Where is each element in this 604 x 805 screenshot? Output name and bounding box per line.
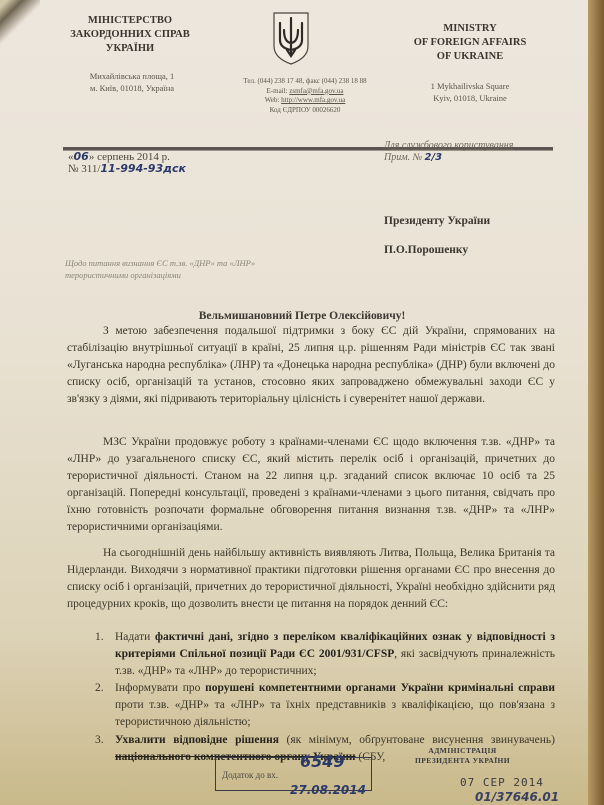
list-number: 1.	[95, 629, 104, 646]
address-ua: Михайлівська площа, 1 м. Київ, 01018, Ук…	[62, 70, 202, 94]
subject-line: Щодо питання визнання ЄС т.зв. «ДНР» та …	[65, 257, 305, 281]
ministry-en-line: OF FOREIGN AFFAIRS	[395, 36, 545, 50]
step-text: (як мінімум, обґрунтоване висунення звин…	[279, 734, 555, 746]
reg-prefix: № 311/	[68, 163, 100, 175]
step-text: проти т.зв. «ДНР» та «ЛНР» та їхніх пред…	[115, 699, 555, 728]
paragraph-1: З метою забезпечення подальшої підтримки…	[67, 323, 555, 408]
copy-number: Прим. № 2/3	[384, 152, 442, 163]
paragraph-3: На сьогоднішній день найбільшу активніст…	[67, 545, 555, 613]
restricted-marking: Для службового користування	[384, 140, 513, 151]
addressee-title: Президенту України	[384, 215, 490, 227]
list-item: 1. Надати фактичні дані, згідно з перелі…	[95, 629, 555, 680]
step-text: Інформувати про	[115, 682, 205, 694]
list-number: 3.	[95, 732, 104, 749]
ministry-ua-line: МІНІСТЕРСТВО	[55, 14, 205, 28]
coat-of-arms-icon	[271, 10, 311, 66]
ministry-ua-line: ЗАКОРДОННИХ СПРАВ	[55, 28, 205, 42]
attachment-date: 27.08.2014	[290, 783, 366, 797]
desk-background	[588, 0, 604, 805]
admin-received-stamp: АДМІНІСТРАЦІЯ ПРЕЗИДЕНТА УКРАЇНИ	[375, 746, 550, 766]
registration-number: № 311/11-994-93дск	[68, 162, 186, 175]
web-link[interactable]: http://www.mfa.gov.ua	[281, 96, 345, 104]
list-number: 2.	[95, 680, 104, 697]
paragraph-text: На сьогоднішній день найбільшу активніст…	[67, 545, 555, 613]
edrpou-code: Код ЄДРПОУ 00026620	[205, 106, 405, 116]
admin-stamp-line: АДМІНІСТРАЦІЯ	[375, 746, 550, 756]
ministry-name-en: MINISTRY OF FOREIGN AFFAIRS OF UKRAINE	[395, 22, 545, 64]
step-text-bold: порушені компетентними органами України …	[205, 682, 555, 694]
contact-block: Тел. (044) 238 17 48, факс (044) 238 18 …	[205, 77, 405, 115]
attachment-label: Додаток до вх.	[222, 770, 278, 780]
step-text: Надати	[115, 631, 155, 643]
reg-handwritten: 11-994-93дск	[100, 162, 186, 175]
attachment-number: 6549	[300, 752, 345, 771]
step-text-bold: Ухвалити відповідне рішення	[115, 734, 279, 746]
ministry-ua-line: УКРАЇНИ	[55, 42, 205, 56]
paper-fold-shadow	[0, 0, 40, 50]
address-en: 1 Mykhailivska Square Kyiv, 01018, Ukrai…	[400, 80, 540, 104]
ministry-en-line: MINISTRY	[395, 22, 545, 36]
list-item: 2. Інформувати про порушені компетентним…	[95, 680, 555, 731]
copy-handwritten: 2/3	[425, 152, 443, 163]
received-number: 01/37646.01	[475, 790, 559, 804]
received-date: 07 СЕР 2014	[460, 776, 544, 789]
ministry-en-line: OF UKRAINE	[395, 50, 545, 64]
copy-prefix: Прим. №	[384, 152, 422, 163]
ministry-name-ua: МІНІСТЕРСТВО ЗАКОРДОННИХ СПРАВ УКРАЇНИ	[55, 14, 205, 56]
addressee-name: П.О.Порошенку	[384, 244, 468, 256]
address-ua-line: м. Київ, 01018, Україна	[62, 82, 202, 94]
address-en-line: 1 Mykhailivska Square	[400, 80, 540, 92]
address-ua-line: Михайлівська площа, 1	[62, 70, 202, 82]
phone-fax: Тел. (044) 238 17 48, факс (044) 238 18 …	[205, 77, 405, 87]
salutation: Вельмишановний Петре Олексійовичу!	[0, 310, 604, 322]
web-line: Web: http://www.mfa.gov.ua	[205, 96, 405, 106]
paragraph-2: МЗС України продовжує роботу з країнами-…	[67, 434, 555, 537]
web-label: Web:	[265, 96, 280, 104]
admin-stamp-line: ПРЕЗИДЕНТА УКРАЇНИ	[375, 756, 550, 766]
email-label: E-mail:	[267, 87, 288, 95]
paragraph-text: МЗС України продовжує роботу з країнами-…	[67, 434, 555, 537]
paragraph-text: З метою забезпечення подальшої підтримки…	[67, 323, 555, 408]
email-link[interactable]: zsmfa@mfa.gov.ua	[289, 87, 343, 95]
email-line: E-mail: zsmfa@mfa.gov.ua	[205, 87, 405, 97]
address-en-line: Kyiv, 01018, Ukraine	[400, 92, 540, 104]
